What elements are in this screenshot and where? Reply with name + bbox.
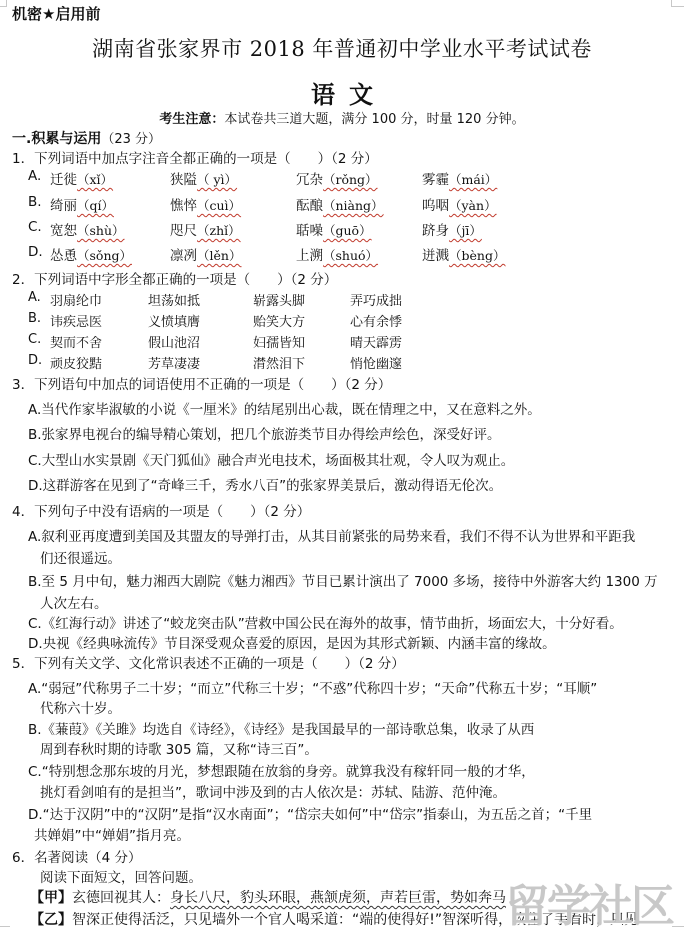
word: 咫尺: [170, 223, 197, 239]
word-with-pinyin: 宽恕（shù）: [50, 219, 125, 239]
word-with-pinyin: 跻身（jī）: [422, 219, 482, 239]
option-label: C.: [28, 219, 42, 235]
idiom: 潸然泪下: [253, 353, 305, 372]
word-with-pinyin: 咫尺（zhǐ）: [170, 219, 241, 239]
question-5-option-d-line1: D.“达于汉阴”中的“汉阴”是指“汉水南面”；“岱宗夫如何”中“岱宗”指泰山，为…: [28, 803, 592, 823]
question-5-option-a-line2: 代称六十岁。: [40, 697, 121, 717]
word-with-pinyin: 迸溅（bèng）: [422, 244, 505, 264]
idiom: 义愤填膺: [148, 311, 200, 330]
word-with-pinyin: 憔悴（cuì）: [170, 194, 241, 214]
page-corner-mark: [0, 0, 7, 7]
idiom: 贻笑大方: [253, 311, 305, 330]
question-4-option-a-line1: A.叙利亚再度遭到美国及其盟友的导弹打击，从其目前紧张的局势来看，我们不得不认为…: [28, 525, 635, 545]
idiom: 妇孺皆知: [253, 332, 305, 351]
idiom: 崭露头脚: [253, 290, 305, 309]
idiom: 羽扇纶巾: [50, 290, 102, 309]
pinyin: （rǒng）: [323, 172, 378, 187]
pinyin: （guō）: [323, 223, 372, 238]
pinyin: （lěn）: [197, 248, 241, 263]
confidential-label: 机密★启用前: [12, 3, 100, 24]
word-with-pinyin: 酝酿（niàng）: [296, 194, 384, 214]
pinyin: （bèng）: [449, 248, 505, 263]
question-3-stem: 3．下列语句中加点的词语使用不正确的一项是（ ）（2 分）: [12, 373, 391, 393]
pinyin: （sǒng）: [77, 248, 132, 263]
question-5-option-c-line2: 挑灯看剑咱有的是担当”，歌词中涉及到的古人依次是：苏轼、陆游、范仲淹。: [40, 781, 506, 801]
word: 酝酿: [296, 198, 323, 214]
pinyin: （qí）: [77, 198, 114, 213]
question-3-option-d: D.这群游客在见到了“奇峰三千，秀水八百”的张家界美景后，激动得语无伦次。: [28, 474, 502, 494]
word-with-pinyin: 绮丽（qí）: [50, 194, 114, 214]
question-1-stem: 1．下列词语中加点字注音全都正确的一项是（ ）（2 分）: [12, 147, 378, 167]
question-5-option-a-line1: A.“弱冠”代称男子二十岁；“而立”代称三十岁；“不惑”代称四十岁；“天命”代称…: [28, 677, 597, 697]
idiom: 假山池沼: [148, 332, 200, 351]
page-corner-mark: [672, 926, 684, 937]
passage-yi-label: 【乙】: [30, 912, 72, 928]
question-5-option-d-line2: 共婵娟”中“婵娟”指月亮。: [34, 824, 190, 844]
option-label: A.: [28, 290, 41, 305]
option-label: A.: [28, 168, 41, 184]
word: 雾霾: [422, 172, 449, 188]
question-4-stem: 4．下列句子中没有语病的一项是（ ）（2 分）: [12, 500, 310, 520]
question-5-option-b-line2: 周到春秋时期的诗歌 305 篇，又称“诗三百”。: [40, 738, 318, 758]
idiom: 晴天霹雳: [350, 332, 402, 351]
word-with-pinyin: 怂恿（sǒng）: [50, 244, 132, 264]
idiom: 弄巧成拙: [350, 290, 402, 309]
pinyin: （ yì）: [197, 172, 237, 187]
word-with-pinyin: 凛冽（lěn）: [170, 244, 241, 264]
exam-notice: 考生注意：本试卷共三道大题，满分 100 分，时量 120 分钟。: [0, 108, 684, 127]
pinyin: （xǐ）: [77, 172, 113, 187]
word: 聒噪: [296, 223, 323, 239]
pinyin: （jī）: [449, 223, 482, 238]
question-5-option-c-line1: C.“特别想念那东坡的月光，梦想跟随在放翁的身旁。就算我没有稼轩同一般的才华，: [28, 760, 535, 780]
question-5-option-b-line1: B.《蒹葭》《关雎》均选自《诗经》，《诗经》是我国最早的一部诗歌总集，收录了从西: [28, 718, 534, 738]
idiom: 顽皮狡黠: [50, 353, 102, 372]
notice-label: 考生注意：: [159, 112, 224, 127]
word-with-pinyin: 上溯（shuó）: [296, 244, 378, 264]
option-label: D.: [28, 353, 42, 368]
pinyin: （shuó）: [323, 248, 378, 263]
question-4-option-c: C.《红海行动》讲述了“蛟龙突击队”营救中国公民在海外的故事，情节曲折，场面宏大…: [28, 612, 623, 632]
word-with-pinyin: 雾霾（mái）: [422, 168, 497, 188]
section-label: 一.积累与运用: [12, 131, 101, 147]
passage-jia-underlined: 身长八尺，豹头环眼，燕颔虎须，声若巨雷，势如奔马: [170, 890, 506, 906]
word: 凛冽: [170, 248, 197, 264]
question-3-option-a: A.当代作家毕淑敏的小说《一厘米》的结尾别出心裁，既在情理之中，又在意料之外。: [28, 398, 541, 418]
option-label: B.: [28, 311, 41, 326]
question-6-instruction: 阅读下面短文，回答问题。: [40, 866, 202, 886]
option-label: C.: [28, 332, 41, 347]
section-heading: 一.积累与运用（23 分）: [12, 128, 161, 148]
word: 呜咽: [422, 198, 449, 214]
word-with-pinyin: 呜咽（yàn）: [422, 194, 497, 214]
word: 迁徙: [50, 172, 77, 188]
subject-title: 语文: [0, 75, 684, 110]
word-with-pinyin: 聒噪（guō）: [296, 219, 372, 239]
option-label: B.: [28, 194, 42, 210]
pinyin: （niàng）: [323, 198, 384, 213]
pinyin: （yàn）: [449, 198, 497, 213]
pinyin: （cuì）: [197, 198, 241, 213]
word: 迸溅: [422, 248, 449, 264]
idiom: 心有余悸: [350, 311, 402, 330]
question-4-option-b-line2: 人次左右。: [40, 592, 108, 612]
question-6-stem: 6．名著阅读（4 分）: [12, 846, 141, 866]
word: 怂恿: [50, 248, 77, 264]
question-3-option-b: B.张家界电视台的编导精心策划，把几个旅游类节目办得绘声绘色，深受好评。: [28, 423, 501, 443]
option-label: D.: [28, 244, 43, 260]
word: 冗杂: [296, 172, 323, 188]
page-corner-mark: [0, 926, 10, 937]
word: 憔悴: [170, 198, 197, 214]
pinyin: （shù）: [77, 223, 125, 238]
idiom: 悄怆幽邃: [350, 353, 402, 372]
pinyin: （mái）: [449, 172, 497, 187]
passage-jia: 【甲】玄德回视其人：身长八尺，豹头环眼，燕颔虎须，声若巨雷，势如奔马: [30, 887, 506, 907]
question-4-option-b-line1: B.至 5 月中旬，魅力湘西大剧院《魅力湘西》节目已累计演出了 7000 多场，…: [28, 570, 658, 590]
word-with-pinyin: 冗杂（rǒng）: [296, 168, 378, 188]
idiom: 坦荡如抵: [148, 290, 200, 309]
idiom: 芳草凄凄: [148, 353, 200, 372]
exam-title: 湖南省张家界市 2018 年普通初中学业水平考试试卷: [0, 33, 684, 63]
section-score: （23 分）: [101, 132, 161, 147]
question-4-option-d: D.央视《经典咏流传》节目深受观众喜爱的原因，是因为其形式新颖、内涵丰富的缘故。: [28, 632, 556, 652]
pinyin: （zhǐ）: [197, 223, 241, 238]
word: 跻身: [422, 223, 449, 239]
word: 绮丽: [50, 198, 77, 214]
word-with-pinyin: 狭隘（ yì）: [170, 168, 237, 188]
page-corner-mark: [671, 0, 684, 7]
idiom: 契而不舍: [50, 332, 102, 351]
word: 宽恕: [50, 223, 77, 239]
question-3-option-c: C.大型山水实景剧《天门狐仙》融合声光电技术，场面极其壮观，令人叹为观止。: [28, 449, 514, 469]
passage-jia-text: 玄德回视其人：: [72, 890, 170, 906]
idiom: 讳疾忌医: [50, 311, 102, 330]
word: 狭隘: [170, 172, 197, 188]
question-2-stem: 2．下列词语中字形全都正确的一项是（ ）（2 分）: [12, 268, 337, 288]
question-5-stem: 5．下列有关文学、文化常识表述不正确的一项是（ ）（2 分）: [12, 652, 405, 672]
notice-text: 本试卷共三道大题，满分 100 分，时量 120 分钟。: [224, 112, 524, 127]
question-4-option-a-line2: 们还很遥远。: [40, 547, 121, 567]
word: 上溯: [296, 248, 323, 264]
word-with-pinyin: 迁徙（xǐ）: [50, 168, 113, 188]
watermark-logo: 留学社区: [505, 870, 673, 934]
passage-jia-label: 【甲】: [30, 890, 72, 906]
